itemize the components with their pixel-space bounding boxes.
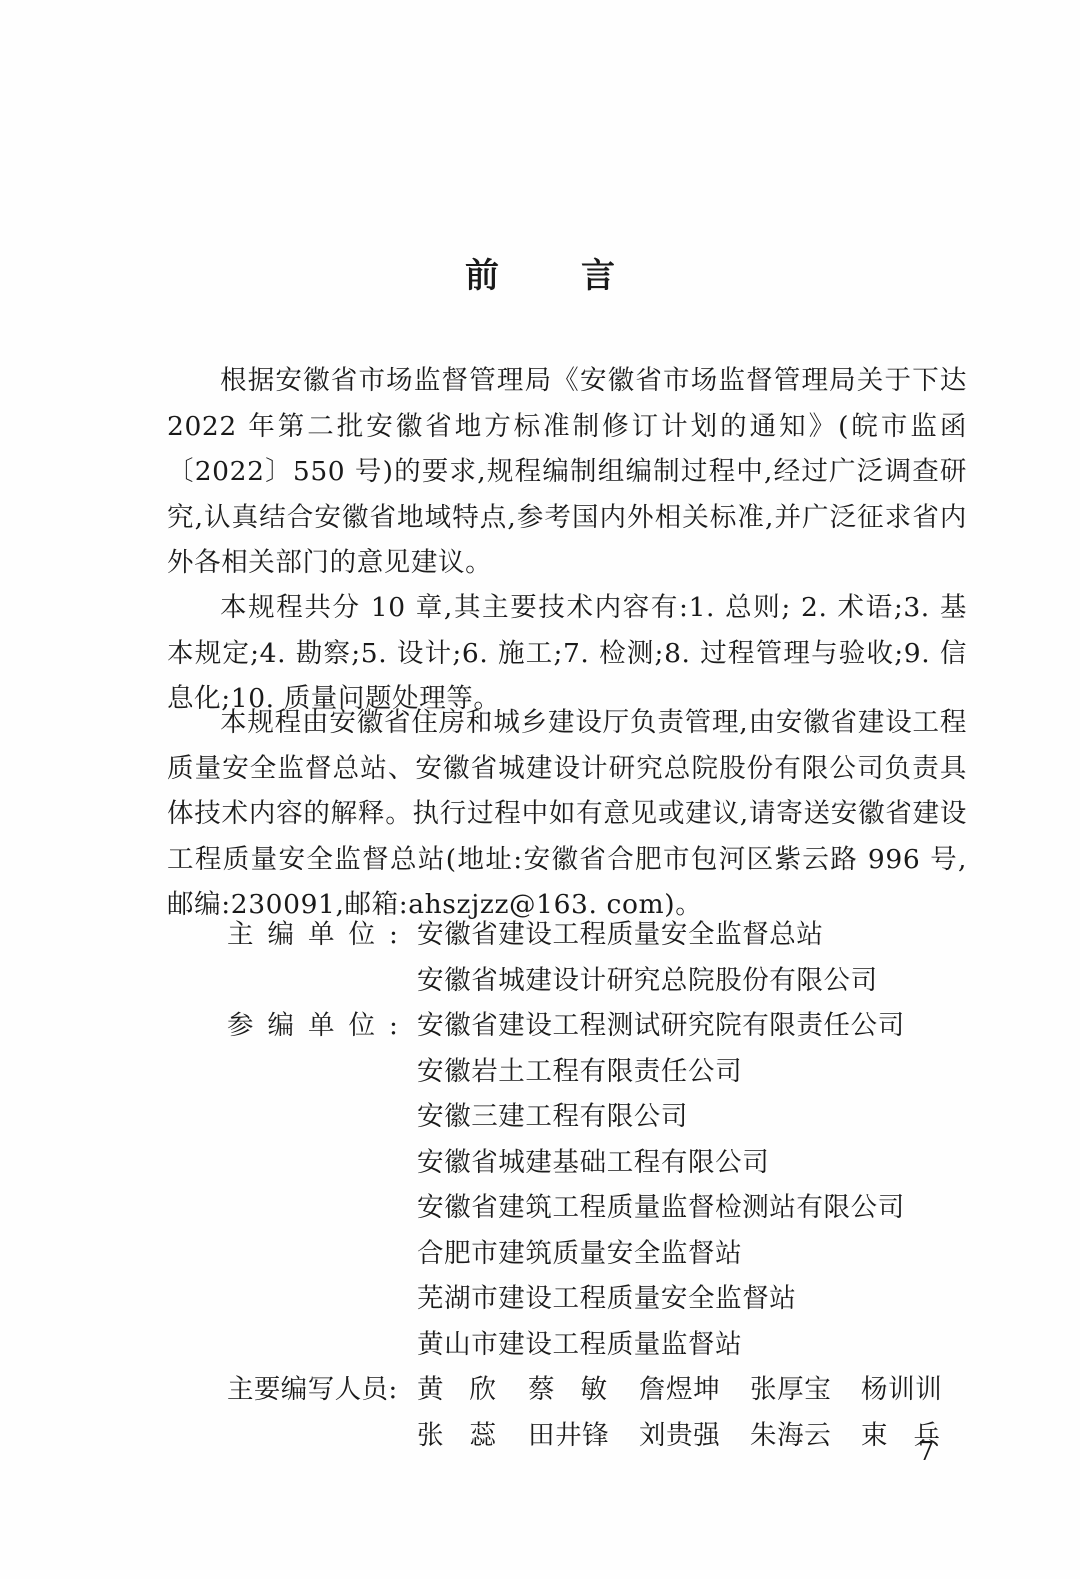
participating-unit: 合肥市建筑质量安全监督站: [417, 1231, 742, 1277]
chief-unit-row: 主编单位: 安徽省建设工程质量安全监督总站: [227, 912, 987, 958]
page-number: 7: [918, 1437, 935, 1467]
chief-unit: 安徽省城建设计研究总院股份有限公司: [417, 958, 878, 1004]
author-name: 杨训训: [861, 1367, 972, 1413]
paragraph-management: 本规程由安徽省住房和城乡建设厅负责管理,由安徽省建设工程质量安全监督总站、安徽省…: [167, 700, 967, 928]
paragraph-basis: 根据安徽省市场监督管理局《安徽省市场监督管理局关于下达 2022 年第二批安徽省…: [167, 358, 967, 586]
participating-unit-row: 安徽省建筑工程质量监督检测站有限公司: [227, 1185, 987, 1231]
participating-unit-row: 参编单位: 安徽省建设工程测试研究院有限责任公司: [227, 1003, 987, 1049]
author-name: 田井锋: [528, 1413, 639, 1459]
participating-unit-row: 安徽省城建基础工程有限公司: [227, 1140, 987, 1186]
document-page: 前言 根据安徽省市场监督管理局《安徽省市场监督管理局关于下达 2022 年第二批…: [0, 0, 1080, 1579]
participating-unit-row: 黄山市建设工程质量监督站: [227, 1322, 987, 1368]
credits-section: 主编单位: 安徽省建设工程质量安全监督总站 安徽省城建设计研究总院股份有限公司 …: [227, 912, 987, 1458]
chief-unit-row: 安徽省城建设计研究总院股份有限公司: [227, 958, 987, 1004]
participating-unit: 黄山市建设工程质量监督站: [417, 1322, 742, 1368]
author-name: 束兵: [861, 1413, 972, 1459]
participating-unit: 安徽省建筑工程质量监督检测站有限公司: [417, 1185, 905, 1231]
authors-row: 张蕊 田井锋 刘贵强 朱海云 束兵: [227, 1413, 987, 1459]
chief-units-label: 主编单位:: [227, 912, 417, 958]
title-char-1: 前: [465, 248, 499, 297]
authors-row: 主要编写人员: 黄欣 蔡敏 詹煜坤 张厚宝 杨训训: [227, 1367, 987, 1413]
chief-unit: 安徽省建设工程质量安全监督总站: [417, 912, 824, 958]
author-name: 詹煜坤: [639, 1367, 750, 1413]
author-name: 张蕊: [417, 1413, 528, 1459]
participating-unit: 安徽三建工程有限公司: [417, 1094, 688, 1140]
participating-unit: 安徽省建设工程测试研究院有限责任公司: [417, 1003, 905, 1049]
participating-unit-row: 合肥市建筑质量安全监督站: [227, 1231, 987, 1277]
author-name: 刘贵强: [639, 1413, 750, 1459]
page-title: 前言: [0, 248, 1080, 297]
author-name: 朱海云: [750, 1413, 861, 1459]
main-authors-label: 主要编写人员:: [227, 1367, 417, 1413]
author-name: 黄欣: [417, 1367, 528, 1413]
participating-unit-row: 芜湖市建设工程质量安全监督站: [227, 1276, 987, 1322]
title-char-2: 言: [581, 248, 615, 297]
participating-unit: 安徽岩土工程有限责任公司: [417, 1049, 742, 1095]
author-name: 张厚宝: [750, 1367, 861, 1413]
participating-unit-row: 安徽三建工程有限公司: [227, 1094, 987, 1140]
participating-units-label: 参编单位:: [227, 1003, 417, 1049]
participating-unit: 芜湖市建设工程质量安全监督站: [417, 1276, 796, 1322]
participating-unit-row: 安徽岩土工程有限责任公司: [227, 1049, 987, 1095]
author-name: 蔡敏: [528, 1367, 639, 1413]
participating-unit: 安徽省城建基础工程有限公司: [417, 1140, 769, 1186]
